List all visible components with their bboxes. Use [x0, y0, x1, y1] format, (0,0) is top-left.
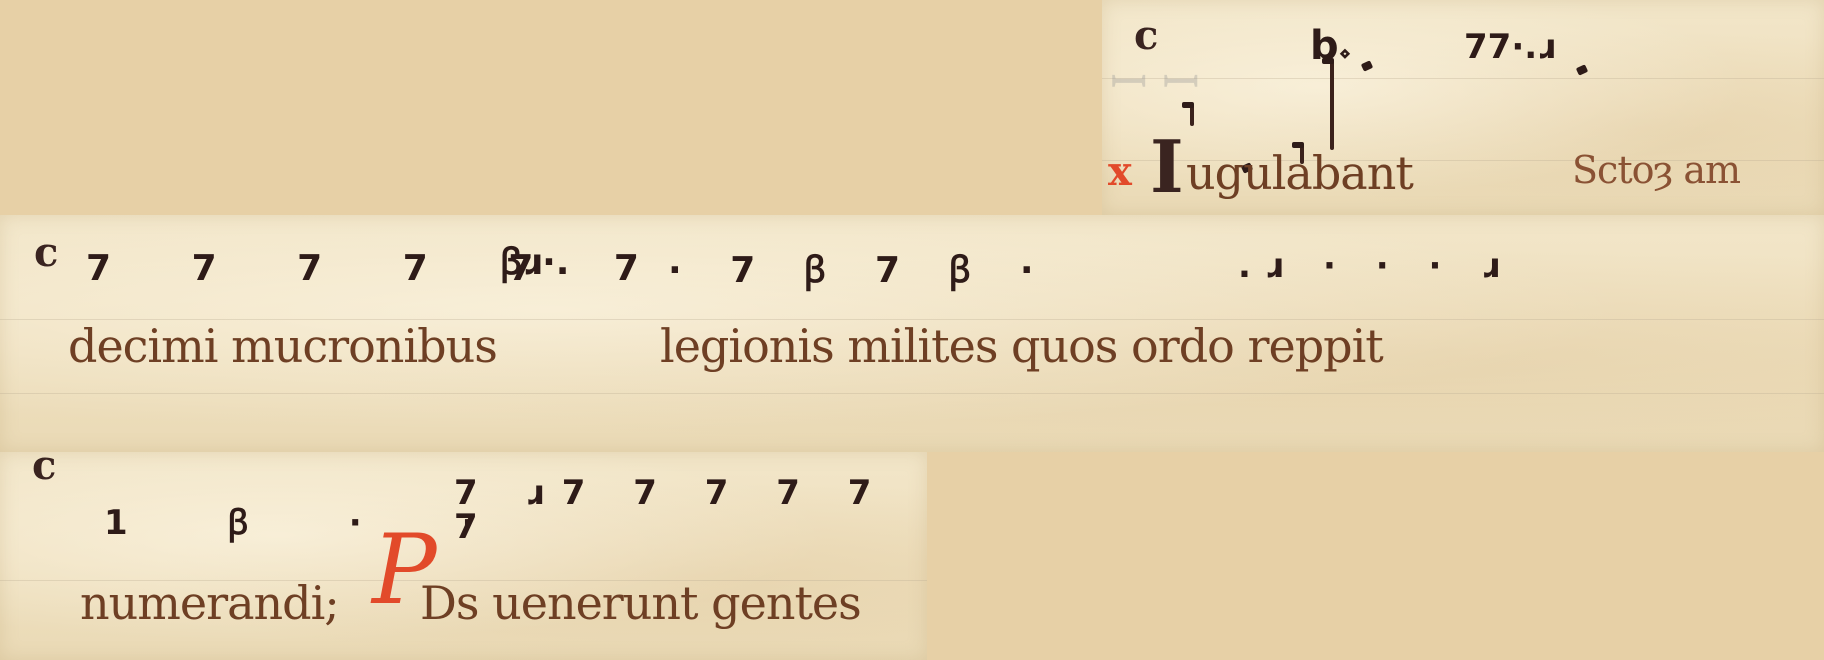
initial-letter: I	[1150, 124, 1183, 209]
punctum-neume-icon	[1576, 64, 1588, 75]
chant-text: decimi mucronibus	[68, 319, 497, 373]
c-clef-icon: c	[32, 446, 56, 486]
c-clef-icon: c	[1134, 16, 1158, 56]
rubric-marker: x	[1108, 148, 1131, 195]
ruling-line	[1102, 78, 1824, 79]
ruling-line	[0, 393, 1824, 394]
virga-neume-icon	[1190, 104, 1194, 126]
neume-group-icon: 7 7 7 7 7 7	[86, 251, 673, 287]
virga-neume-icon	[1330, 60, 1334, 150]
chant-text-continuation: Sctoȝ am	[1572, 148, 1740, 192]
neume-group-icon: 77·.ɹ	[1464, 30, 1555, 64]
c-clef-icon: c	[34, 233, 58, 273]
neume-group-icon: .ɹ · · · ɹ	[1238, 249, 1514, 283]
punctum-neume-icon	[1361, 60, 1373, 71]
chant-text: numerandi;	[80, 576, 339, 630]
chant-text: legionis milites quos ordo reppit	[660, 319, 1383, 373]
chant-text: Ds uenerunt gentes	[420, 576, 861, 630]
neume-group-icon: · 7 ꞵ 7 ꞵ ·	[668, 253, 1052, 289]
neume-group-icon: 7 ɹ7 7 7 7 7 7	[454, 476, 927, 544]
manuscript-strip-top: ꟷ ꟷ c b𝆹 77·.ɹ x I ugulabant Sctoȝ am	[1102, 0, 1824, 215]
chant-text: ugulabant	[1186, 146, 1413, 200]
neume-group-icon: ꞵɹ·.	[500, 245, 569, 281]
manuscript-strip-middle: c 7 7 7 7 7 7 ꞵɹ·. · 7 ꞵ 7 ꞵ · .ɹ · · · …	[0, 215, 1824, 452]
manuscript-strip-bottom: c 1 ꞵ · · 7 ɹ7 7 7 7 7 7 numerandi; P Ds…	[0, 452, 927, 660]
